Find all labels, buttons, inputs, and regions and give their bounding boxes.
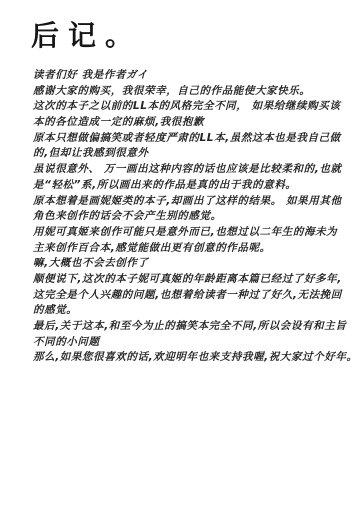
body-text-line: 用妮可真姬来创作可能只是意外而已,也想过以二年生的海未为 (33, 225, 354, 241)
body-text-line: 的,但却让我感到很意外 (33, 146, 354, 162)
body-text-line: 是“轻松”系,所以画出来的作品是真的出于我的意料。 (33, 178, 354, 194)
body-text-line: 这完全是个人兴趣的问题,也想着给读者一种过了好久,无法挽回 (33, 288, 354, 304)
body-text-line: 的感觉。 (33, 303, 354, 319)
body-text-line: 本的各位造成一定的麻烦,我很抱歉 (33, 115, 354, 131)
body-text-line: 角色来创作的话会不会产生别的感觉。 (33, 209, 354, 225)
body-text-line: 嘛,大概也不会去创作了 (33, 256, 354, 272)
body-text-line: 虽说很意外、 万一画出这种内容的话也应该是比较柔和的,也就 (33, 162, 354, 178)
body-text-line: 主来创作百合本,感觉能做出更有创意的作品呢。 (33, 241, 354, 257)
body-text-line: 不同的小问题 (33, 335, 354, 351)
afterword-page: 后记。 读者们好 我是作者ガイ 感谢大家的购买，我很荣幸，自己的作品能使大家快乐… (0, 0, 360, 510)
body-text-line: 最后,关于这本,和至今为止的搞笑本完全不同,所以会设有和主旨 (33, 319, 354, 335)
body-text-line: 那么,如果您很喜欢的话,欢迎明年也来支持我喔,祝大家过个好年。 (33, 350, 354, 366)
body-text-line: 感谢大家的购买，我很荣幸，自己的作品能使大家快乐。 (33, 84, 354, 100)
body-text-line: 原本只想做偏搞笑或者轻度严肃的LL本,虽然这本也是我自己做 (33, 131, 354, 147)
afterword-body: 读者们好 我是作者ガイ 感谢大家的购买，我很荣幸，自己的作品能使大家快乐。 这次… (33, 68, 354, 366)
afterword-title: 后记。 (31, 14, 142, 54)
body-text-line: 读者们好 我是作者ガイ (33, 68, 354, 84)
body-text-line: 顺便说下,这次的本子妮可真姬的年龄距离本篇已经过了好多年, (33, 272, 354, 288)
body-text-line: 原本想着是画妮姬类的本子,却画出了这样的结果。 如果用其他 (33, 194, 354, 210)
body-text-line: 这次的本子之以前的LL本的风格完全不同， 如果给继续购买该 (33, 99, 354, 115)
